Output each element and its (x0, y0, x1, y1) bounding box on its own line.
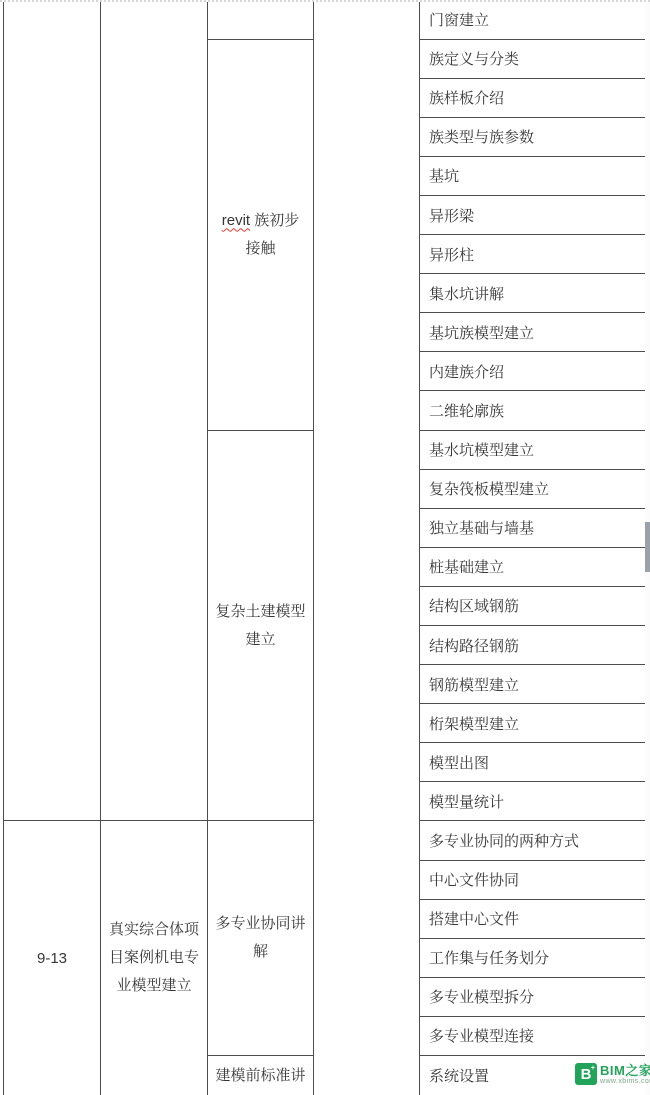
lesson-cell: 二维轮廓族 (420, 391, 646, 430)
lesson-cell: 族定义与分类 (420, 39, 646, 78)
lesson-cell: 基坑族模型建立 (420, 313, 646, 352)
bim-logo-letter: B (581, 1067, 592, 1082)
lesson-cell: 族样板介绍 (420, 78, 646, 117)
lesson-cell: 多专业协同的两种方式 (420, 821, 646, 860)
bim-logo-icon: B + (575, 1063, 597, 1085)
lesson-cell: 异形梁 (420, 195, 646, 234)
lesson-cell: 集水坑讲解 (420, 274, 646, 313)
lesson-cell: 中心文件协同 (420, 860, 646, 899)
lesson-cell: 多专业模型拆分 (420, 977, 646, 1016)
hours-cell-empty (314, 0, 420, 1095)
module-cell-complex-structure-modeling: 复杂土建模型 建立 (208, 430, 314, 821)
module-label: 族初步 接触 (245, 212, 299, 257)
scrollbar-thumb[interactable] (645, 522, 650, 572)
week-cell-empty (4, 0, 101, 821)
module-cell-empty (208, 0, 314, 39)
lesson-cell: 多专业模型连接 (420, 1016, 646, 1055)
lesson-cell: 族类型与族参数 (420, 117, 646, 156)
lesson-cell: 桩基础建立 (420, 547, 646, 586)
lesson-cell: 基水坑模型建立 (420, 430, 646, 469)
page-cut-dashed-line (0, 0, 650, 2)
module-cell-multi-discipline-collaboration: 多专业协同讲 解 (208, 821, 314, 1056)
module-cell-revit-family-basics: revit 族初步 接触 (208, 39, 314, 430)
lesson-cell: 桁架模型建立 (420, 704, 646, 743)
lesson-cell: 内建族介绍 (420, 352, 646, 391)
lesson-cell: 搭建中心文件 (420, 899, 646, 938)
lesson-cell: 基坑 (420, 156, 646, 195)
lesson-cell: 工作集与任务划分 (420, 938, 646, 977)
lesson-cell: 模型量统计 (420, 782, 646, 821)
table-row: 门窗建立 (4, 0, 646, 39)
lesson-cell: 结构区域钢筋 (420, 586, 646, 625)
week-cell: 9-13 (4, 821, 101, 1095)
lesson-cell: 模型出图 (420, 743, 646, 782)
bim-brand-text: BIM之家 (600, 1064, 650, 1077)
scrollbar[interactable] (645, 0, 650, 1095)
lesson-cell: 结构路径钢筋 (420, 626, 646, 665)
project-cell-empty (101, 0, 208, 821)
lesson-cell: 钢筋模型建立 (420, 665, 646, 704)
document-page: 门窗建立 revit 族初步 接触 族定义与分类 族样板介绍 族类型与族参数 基… (0, 0, 650, 1095)
lesson-cell: 独立基础与墙基 (420, 508, 646, 547)
spellcheck-word: revit (222, 212, 250, 229)
lesson-cell: 异形柱 (420, 235, 646, 274)
project-cell: 真实综合体项 目案例机电专 业模型建立 (101, 821, 208, 1095)
lesson-cell: 复杂筏板模型建立 (420, 469, 646, 508)
module-cell-pre-modeling-standards: 建模前标准讲 (208, 1056, 314, 1095)
bim-watermark: B + BIM之家 www.xbims.com (575, 1060, 647, 1088)
bim-logo-plus: + (591, 1065, 595, 1072)
curriculum-table: 门窗建立 revit 族初步 接触 族定义与分类 族样板介绍 族类型与族参数 基… (3, 0, 646, 1095)
bim-url-text: www.xbims.com (600, 1078, 650, 1085)
lesson-cell: 门窗建立 (420, 0, 646, 39)
